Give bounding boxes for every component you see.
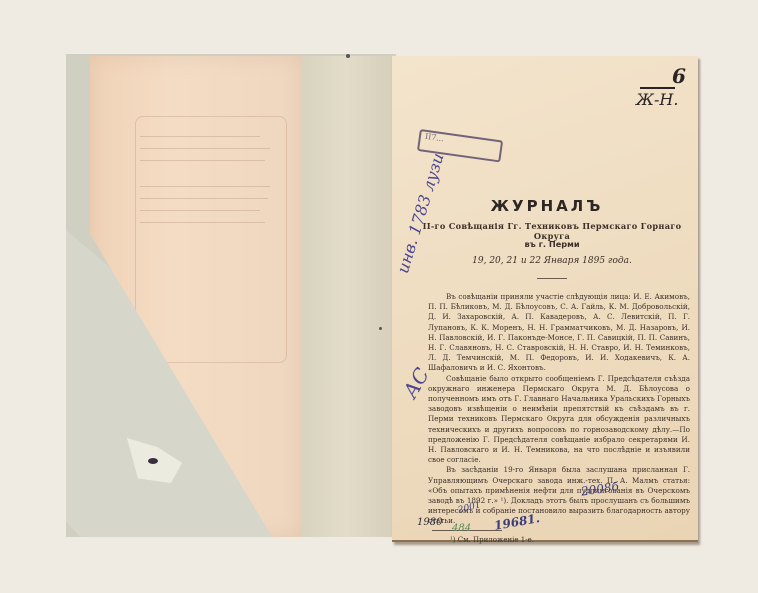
body-text: Въ совѣщаніи приняли участіе слѣдующія л…	[428, 292, 690, 527]
book-spine	[301, 56, 391, 537]
paragraph: Въ засѣданіи 19-го Января была заслушана…	[428, 465, 690, 526]
ink-stain	[148, 458, 158, 464]
page-dates: 19, 20, 21 и 22 Января 1895 года.	[412, 256, 692, 266]
shelf-mark-top: 6	[672, 64, 686, 88]
right-page: ЖУРНАЛЪ II-го Совѣщанія Гг. Техниковъ Пе…	[392, 56, 698, 542]
page-mark	[379, 327, 382, 330]
ghost-line	[140, 210, 260, 211]
ghost-line	[140, 198, 268, 199]
page-city: въ г. Перми	[412, 239, 692, 249]
ghost-print-frame	[135, 116, 287, 363]
page-mark	[346, 54, 350, 58]
page-subtitle: II-го Совѣщанія Гг. Техниковъ Пермскаго …	[412, 221, 692, 241]
page-title: ЖУРНАЛЪ	[482, 197, 612, 215]
ghost-line	[140, 136, 260, 137]
shelf-mark-line	[640, 87, 675, 89]
scanned-book: ЖУРНАЛЪ II-го Совѣщанія Гг. Техниковъ Пе…	[0, 0, 758, 593]
footnote: ¹) См. Приложеніе 1-е.	[450, 536, 534, 544]
shelf-mark-bottom: Ж-Н.	[636, 90, 678, 109]
paragraph: Въ совѣщаніи приняли участіе слѣдующія л…	[428, 292, 690, 374]
paragraph: Совѣщаніе было открыто сообщеніемъ Г. Пр…	[428, 374, 690, 466]
ghost-line	[140, 222, 265, 223]
ghost-line	[140, 186, 270, 187]
handwritten-number: 1980	[417, 517, 442, 528]
ghost-line	[140, 148, 270, 149]
handwritten-number: 484	[452, 523, 471, 534]
ghost-line	[140, 160, 265, 161]
title-rule	[537, 278, 567, 279]
